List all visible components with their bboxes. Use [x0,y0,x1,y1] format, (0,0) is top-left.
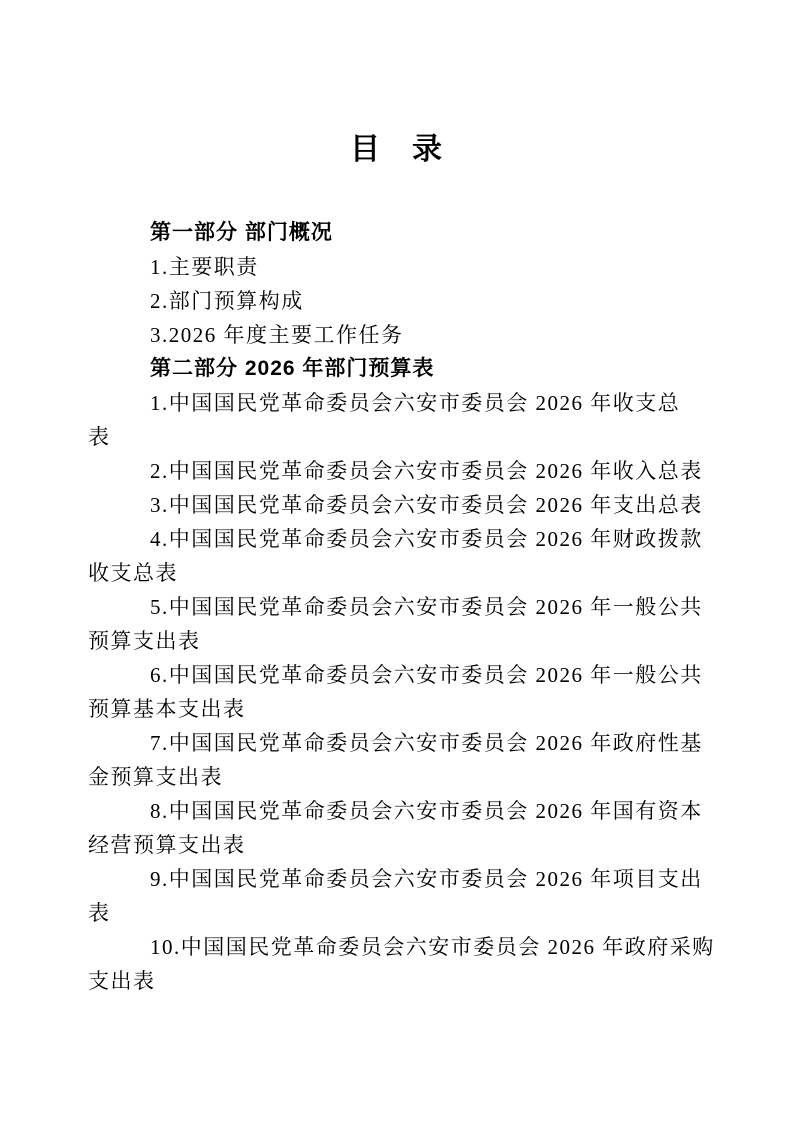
document-page: 目 录 第一部分 部门概况 1.主要职责 2.部门预算构成 3.2026 年度主… [0,0,793,1122]
toc-item-part1-3: 3.2026 年度主要工作任务 [88,318,793,352]
section-heading-part2: 第二部分 2026 年部门预算表 [88,352,793,386]
toc-item-part1-2: 2.部门预算构成 [88,284,793,318]
toc-item-part2-3: 3.中国国民党革命委员会六安市委员会 2026 年支出总表 [88,488,793,522]
toc-item-part2-9: 9.中国国民党革命委员会六安市委员会 2026 年项目支出 表 [88,862,793,930]
toc-item-part2-2: 2.中国国民党革命委员会六安市委员会 2026 年收入总表 [88,454,793,488]
toc-item-part2-4: 4.中国国民党革命委员会六安市委员会 2026 年财政拨款 收支总表 [88,522,793,590]
toc-item-part2-7: 7.中国国民党革命委员会六安市委员会 2026 年政府性基 金预算支出表 [88,726,793,794]
toc-item-part2-6: 6.中国国民党革命委员会六安市委员会 2026 年一般公共 预算基本支出表 [88,658,793,726]
section-heading-part1: 第一部分 部门概况 [88,216,793,250]
toc-item-part2-8: 8.中国国民党革命委员会六安市委员会 2026 年国有资本 经营预算支出表 [88,794,793,862]
page-title: 目 录 [0,130,793,170]
toc-item-part1-1: 1.主要职责 [88,250,793,284]
toc-body: 第一部分 部门概况 1.主要职责 2.部门预算构成 3.2026 年度主要工作任… [88,216,793,998]
toc-item-part2-1: 1.中国国民党革命委员会六安市委员会 2026 年收支总 表 [88,386,793,454]
toc-item-part2-5: 5.中国国民党革命委员会六安市委员会 2026 年一般公共 预算支出表 [88,590,793,658]
toc-item-part2-10: 10.中国国民党革命委员会六安市委员会 2026 年政府采购 支出表 [88,930,793,998]
